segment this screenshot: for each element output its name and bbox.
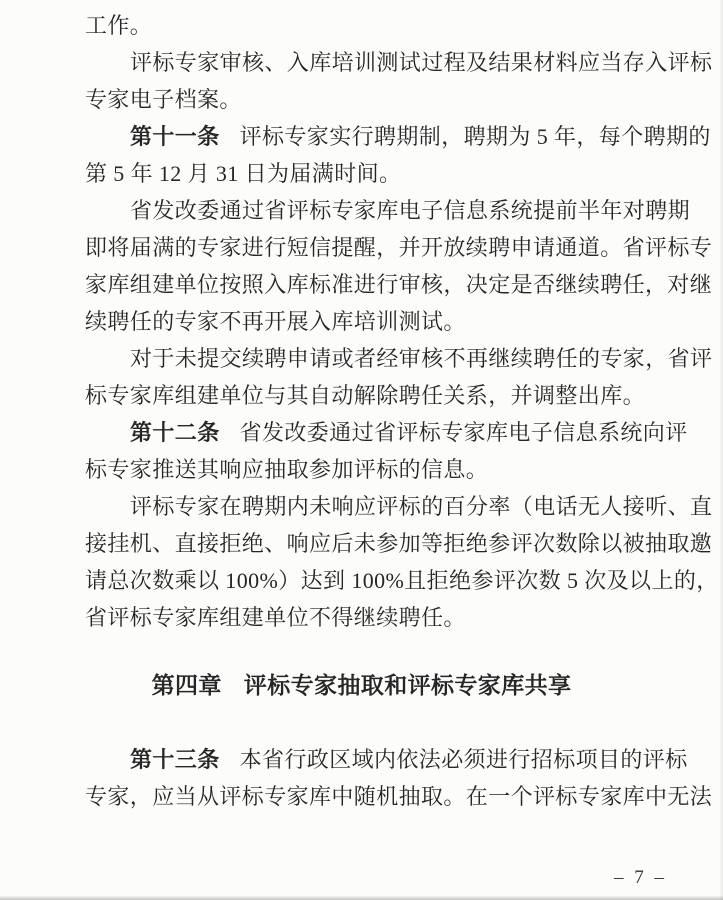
text-line: 评标专家审核、入库培训测试过程及结果材料应当存入评标 xyxy=(85,44,715,81)
line-text: 评标专家在聘期内未响应评标的百分率（电话无人接听、直 xyxy=(130,494,712,519)
line-text: 续聘任的专家不再开展入库培训测试。 xyxy=(85,309,466,334)
text-line: 第 5 年 12 月 31 日为届满时间。 xyxy=(85,155,715,192)
text-line: 即将届满的专家进行短信提醒，并开放续聘申请通道。省评标专 xyxy=(85,229,715,266)
line-text: 对于未提交续聘申请或者经审核不再继续聘任的专家，省评 xyxy=(130,346,712,371)
text-line: 接挂机、直接拒绝、响应后未参加等拒绝参评次数除以被抽取邀 xyxy=(85,525,715,562)
chapter-number: 第四章 xyxy=(152,672,222,698)
line-text: 省发改委通过省评标专家库电子信息系统提前半年对聘期 xyxy=(130,198,690,223)
line-text: 省评标专家库组建单位不得继续聘任。 xyxy=(85,605,466,630)
line-text: 省发改委通过省评标专家库电子信息系统向评 xyxy=(240,420,688,445)
text-line: 家库组建单位按照入库标准进行审核，决定是否继续聘任，对继 xyxy=(85,266,715,303)
line-text: 标专家推送其响应抽取参加评标的信息。 xyxy=(85,457,488,482)
text-line: 标专家库组建单位与其自动解除聘任关系，并调整出库。 xyxy=(85,377,715,414)
article-number: 第十三条 xyxy=(130,747,220,772)
line-text: 本省行政区域内依法必须进行招标项目的评标 xyxy=(240,747,688,772)
text-line: 第十一条评标专家实行聘期制，聘期为 5 年，每个聘期的 xyxy=(85,118,715,155)
text-line: 对于未提交续聘申请或者经审核不再继续聘任的专家，省评 xyxy=(85,340,715,377)
text-line: 专家电子档案。 xyxy=(85,81,715,118)
line-text: 评标专家实行聘期制，聘期为 5 年，每个聘期的 xyxy=(240,124,711,149)
text-line: 省发改委通过省评标专家库电子信息系统提前半年对聘期 xyxy=(85,192,715,229)
article-number: 第十一条 xyxy=(130,124,220,149)
text-line: 评标专家在聘期内未响应评标的百分率（电话无人接听、直 xyxy=(85,488,715,525)
line-text: 即将届满的专家进行短信提醒，并开放续聘申请通道。省评标专 xyxy=(85,235,712,260)
text-line: 第十二条省发改委通过省评标专家库电子信息系统向评 xyxy=(85,414,715,451)
document-page: 工作。评标专家审核、入库培训测试过程及结果材料应当存入评标专家电子档案。第十一条… xyxy=(0,0,723,900)
article-number: 第十二条 xyxy=(130,420,220,445)
text-line: 省评标专家库组建单位不得继续聘任。 xyxy=(85,599,715,636)
page-number: – 7 – xyxy=(614,867,667,889)
line-text: 工作。 xyxy=(85,13,152,38)
text-line: 工作。 xyxy=(85,7,715,44)
line-text: 专家，应当从评标专家库中随机抽取。在一个评标专家库中无法 xyxy=(85,784,712,809)
line-text: 评标专家抽取和评标专家库共享 xyxy=(244,672,572,698)
line-text: 专家电子档案。 xyxy=(85,87,242,112)
text-line: 续聘任的专家不再开展入库培训测试。 xyxy=(85,303,715,340)
chapter-heading: 第四章评标专家抽取和评标专家库共享 xyxy=(0,667,723,704)
line-text: 家库组建单位按照入库标准进行审核，决定是否继续聘任，对继 xyxy=(85,272,712,297)
text-line: 请总次数乘以 100%）达到 100%且拒绝参评次数 5 次及以上的， xyxy=(85,562,715,599)
text-line: 第十三条本省行政区域内依法必须进行招标项目的评标 xyxy=(85,741,715,778)
document-body: 工作。评标专家审核、入库培训测试过程及结果材料应当存入评标专家电子档案。第十一条… xyxy=(85,7,715,815)
line-text: 标专家库组建单位与其自动解除聘任关系，并调整出库。 xyxy=(85,383,645,408)
text-line: 专家，应当从评标专家库中随机抽取。在一个评标专家库中无法 xyxy=(85,778,715,815)
text-line: 标专家推送其响应抽取参加评标的信息。 xyxy=(85,451,715,488)
line-text: 评标专家审核、入库培训测试过程及结果材料应当存入评标 xyxy=(130,50,712,75)
line-text: 接挂机、直接拒绝、响应后未参加等拒绝参评次数除以被抽取邀 xyxy=(85,531,712,556)
line-text: 请总次数乘以 100%）达到 100%且拒绝参评次数 5 次及以上的， xyxy=(85,568,719,593)
line-text: 第 5 年 12 月 31 日为届满时间。 xyxy=(85,161,401,186)
